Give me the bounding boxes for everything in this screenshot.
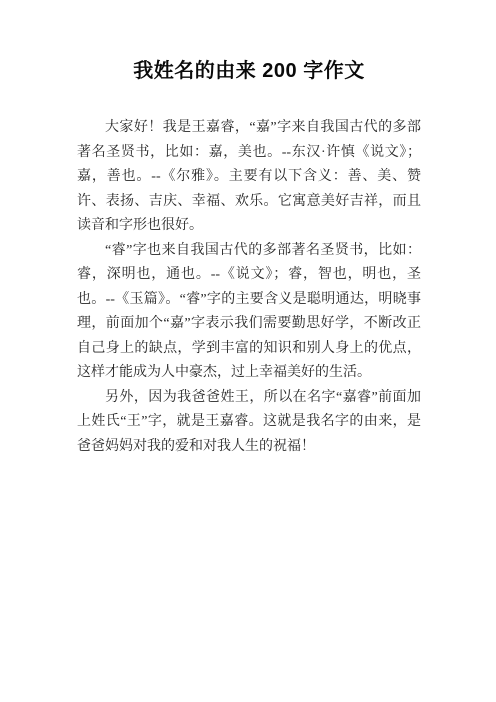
paragraph: 另外，因为我爸爸姓王，所以在名字“嘉睿”前面加上姓氏“王”字，就是王嘉睿。这就是… [77,386,421,460]
paragraph: 大家好！我是王嘉睿，“嘉”字来自我国古代的多部著名圣贤书，比如：嘉，美也。--东… [77,116,421,239]
document-body: 大家好！我是王嘉睿，“嘉”字来自我国古代的多部著名圣贤书，比如：嘉，美也。--东… [77,116,421,459]
document-title: 我姓名的由来 200 字作文 [77,56,421,86]
document-page: 我姓名的由来 200 字作文 大家好！我是王嘉睿，“嘉”字来自我国古代的多部著名… [0,0,496,702]
paragraph: “睿”字也来自我国古代的多部著名圣贤书，比如：睿，深明也，通也。--《说文》；睿… [77,239,421,386]
